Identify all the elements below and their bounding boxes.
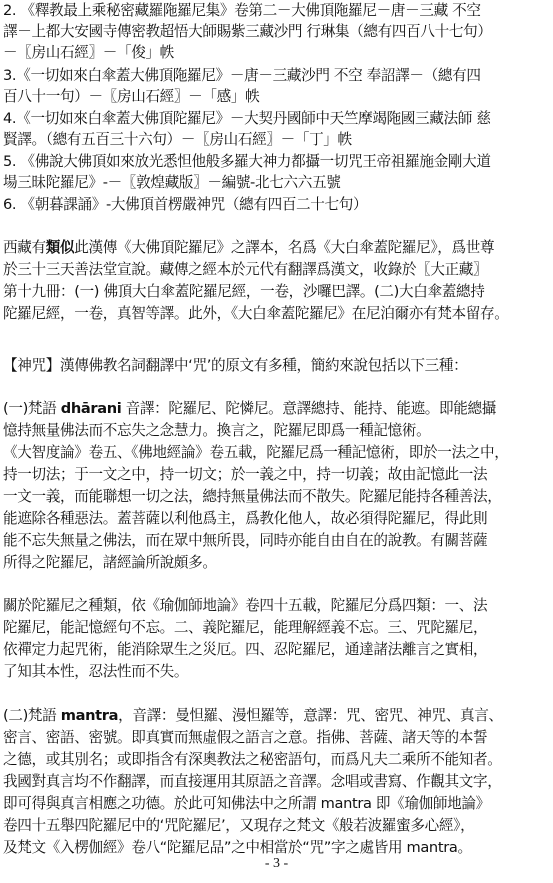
bold-term-dharani: dhārani (61, 400, 122, 417)
dharani-paragraph-line-3: 《大智度論》卷五、《佛地經論》卷五載，陀羅尼爲一種記憶術，即於一法之中， (3, 442, 551, 464)
mantra-paragraph-line-3: 之德，或其別名；或即指含有深奧教法之秘密語句，而爲凡夫二乘所不能知者。 (3, 749, 551, 771)
reference-4-line-1: 4.《一切如來白傘蓋大佛頂陀羅尼》－大契丹國師中天竺摩竭陁國三藏法師 慈 (3, 108, 551, 130)
dharani-paragraph-line-2: 憶持無量佛法而不忘失之念慧力。換言之，陀羅尼即爲一種記憶術。 (3, 420, 551, 442)
text-run: 此漢傳《大佛頂陀羅尼》之譯本，名爲《大白傘蓋陀羅尼》，爲世尊 (74, 239, 494, 256)
mantra-paragraph-line-2: 密言、密語、密號。即真實而無虛假之語言之意。指佛、菩薩、諸天等的本誓 (3, 727, 551, 749)
bold-text-run: 類似 (46, 239, 75, 256)
mantra-paragraph-line-5: 即可得與真言相應之功德。於此可知佛法中之所謂 mantra 即《瑜伽師地論》 (3, 793, 551, 815)
tibet-paragraph-line-2: 於三十三天善法堂宣說。藏傳之經本於元代有翻譯爲漢文，收錄於〖大正藏〗 (3, 259, 551, 281)
bold-term-mantra: mantra (61, 707, 118, 724)
mantra-paragraph-line-6: 卷四十五舉四陀羅尼中的‘咒陀羅尼’，又現存之梵文《般若波羅蜜多心經》， (3, 815, 551, 837)
dharani-paragraph-line-8: 所得之陀羅尼，諸經論所說頗多。 (3, 552, 551, 574)
text-run: (二)梵語 (3, 707, 61, 724)
types-paragraph-line-2: 陀羅尼，能記憶經句不忘。二、義陀羅尼，能理解經義不忘。三、咒陀羅尼， (3, 617, 551, 639)
mantra-paragraph-line-1: (二)梵語 mantra，音譯：曼怛羅、漫怛羅等，意譯：咒、密咒、神咒、真言、 (3, 705, 551, 727)
tibet-paragraph-line-4: 陀羅尼經，一卷，真智等譯。此外，《大白傘蓋陀羅尼》在尼泊爾亦有梵本留存。 (3, 303, 551, 325)
reference-5-line-1: 5. 《佛說大佛頂如來放光悉怛他般多羅大神力都攝一切咒王帝祖羅施金剛大道 (3, 151, 551, 173)
reference-6-line-1: 6. 《朝暮課誦》-大佛頂首楞嚴神咒（總有四百二十七句） (3, 194, 551, 216)
text-run: (一)梵語 (3, 400, 61, 417)
text-run: 音譯：陀羅尼、陀憐尼。意譯總持、能持、能遮。即能總攝 (121, 400, 496, 417)
dharani-paragraph-line-5: 一文一義，而能聯想一切之法，總持無量佛法而不散失。陀羅尼能持各種善法， (3, 486, 551, 508)
types-paragraph-line-3: 依禪定力起咒術，能消除眾生之災厄。四、忍陀羅尼，通達諸法離言之實相， (3, 639, 551, 661)
reference-5-line-2: 場三昧陀羅尼》-－〖敦煌藏版〗－編號-北七六六五號 (3, 172, 551, 194)
text-run: ，音譯：曼怛羅、漫怛羅等，意譯：咒、密咒、神咒、真言、 (118, 707, 503, 724)
types-paragraph-line-1: 關於陀羅尼之種類，依《瑜伽師地論》卷四十五載，陀羅尼分爲四類：一、法 (3, 595, 551, 617)
reference-2-line-3: －〖房山石經〗－「俊」帙 (3, 42, 551, 64)
page-number: - 3 - (0, 856, 553, 872)
reference-3-line-1: 3.《一切如來白傘蓋大佛頂陁羅尼》－唐－三藏沙門 不空 奉詔譯－（總有四 (3, 65, 551, 87)
text-run: 西藏有 (3, 239, 46, 256)
shenzhou-heading: 【神咒】漢傳佛教名詞翻譯中‘咒’的原文有多種，簡約來說包括以下三種： (3, 355, 551, 377)
dharani-paragraph-line-6: 能遮除各種惡法。蓋菩薩以利他爲主，爲教化他人，故必須得陀羅尼，得此則 (3, 508, 551, 530)
reference-3-line-2: 百八十一句）－〖房山石經〗－「感」帙 (3, 86, 551, 108)
dharani-paragraph-line-4: 持一切法；于一文之中，持一切文；於一義之中，持一切義；故由記憶此一法 (3, 464, 551, 486)
document-page: 2. 《釋教最上乘秘密藏羅陁羅尼集》卷第二－大佛頂陁羅尼－唐－三藏 不空 譯－上… (0, 0, 553, 883)
dharani-paragraph-line-1: (一)梵語 dhārani 音譯：陀羅尼、陀憐尼。意譯總持、能持、能遮。即能總攝 (3, 398, 551, 420)
dharani-paragraph-line-7: 能不忘失無量之佛法，而在眾中無所畏，同時亦能自由自在的說教。有關菩薩 (3, 530, 551, 552)
reference-2-line-2: 譯－上都大安國寺傳密教超悟大師賜紫三藏沙門 行琳集（總有四百八十七句） (3, 21, 551, 43)
reference-2-line-1: 2. 《釋教最上乘秘密藏羅陁羅尼集》卷第二－大佛頂陁羅尼－唐－三藏 不空 (3, 0, 551, 22)
tibet-paragraph-line-1: 西藏有類似此漢傳《大佛頂陀羅尼》之譯本，名爲《大白傘蓋陀羅尼》，爲世尊 (3, 237, 551, 259)
mantra-paragraph-line-4: 我國對真言均不作翻譯，而直接運用其原語之音譯。念唱或書寫、作觀其文字， (3, 771, 551, 793)
tibet-paragraph-line-3: 第十九冊：(一) 佛頂大白傘蓋陀羅尼經，一卷，沙囉巴譯。(二)大白傘蓋總持 (3, 281, 551, 303)
reference-4-line-2: 賢譯。（總有五百三十六句）－〖房山石經〗－「丁」帙 (3, 129, 551, 151)
types-paragraph-line-4: 了知其本性，忍法性而不失。 (3, 661, 551, 683)
